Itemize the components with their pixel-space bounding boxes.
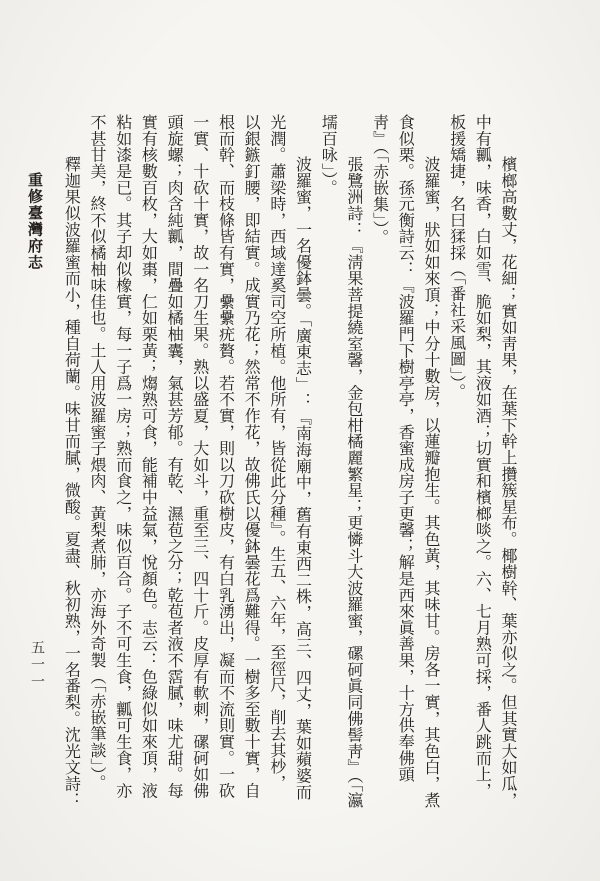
- text-column: 光潤。蕭梁時，西域達奚司空所植。他所有，皆從此分種』。生五、六年，至徑尺，削去其…: [263, 114, 289, 814]
- text-column: 板援矯捷，名曰猱採（「番社采風圖」）。: [443, 114, 469, 814]
- text-column: 釋迦果似波羅蜜而小，種自荷蘭。味甘而膩，微酸。夏盡、秋初熟，一名番梨。沈光文詩：: [58, 114, 84, 814]
- text-column: 實有核數百枚，大如棗，仁如栗黃；煼熟可食，能補中益氣，悅顏色。志云：色綠似如來頂…: [135, 114, 161, 814]
- text-column: 波羅蜜，一名優鉢曇。「廣東志」：『南海廟中，舊有東西二株，高三、四丈，葉如蘋婆而: [289, 114, 315, 814]
- text-column: 波羅蜜，狀如如來頂；中分十數房，以蓮瓣抱生。其色黃，其味甘。房各一實，其色白，煮: [417, 114, 443, 814]
- book-title-spine: 重修臺灣府志: [24, 172, 45, 271]
- text-column: 中有瓤，味香，白如雪、脆如梨，其液如酒；切實和檳榔啖之。六、七月熟可採，番人跳而…: [469, 114, 495, 814]
- book-page: 重修臺灣府志 五一一 檳榔高數丈，花細；實如靑果，在葉下幹上攢簇星布。椰樹幹、葉…: [0, 0, 600, 881]
- text-column: 壖百咏」）。: [315, 114, 341, 814]
- text-column: 靑』（「赤嵌集」）。: [366, 114, 392, 814]
- text-column: 不甚甘美，終不似橘柚味佳也。土人用波羅蜜子煨肉、黃梨煮肺，亦海外奇製（「赤嵌筆談…: [83, 114, 109, 814]
- text-column: 張鷺洲詩：『淸果菩提繞室馨，金包柑橘麗繁星；更憐斗大波羅蜜，磥砢眞同佛髻靑』（「…: [340, 114, 366, 814]
- page-number: 五一一: [26, 640, 46, 691]
- text-column: 食似栗。孫元衡詩云：『波羅門下樹亭亭，香蜜成房子更馨；解是西來眞善果，十方供奉佛…: [392, 114, 418, 814]
- text-column: 一實、十砍十實，故一名刀生果。熟以盛夏，大如斗，重至三、四十斤。皮厚有軟刺，磥砢…: [186, 114, 212, 814]
- text-column: 檳榔高數丈，花細；實如靑果，在葉下幹上攢簇星布。椰樹幹、葉亦似之。但其實大如瓜，: [494, 114, 520, 814]
- text-column: 根而幹、而枝條皆有實，纍纍疣贅。若不實，則以刀砍樹皮，有白乳湧出，凝而不流則實。…: [212, 114, 238, 814]
- text-column: 頭旋螺；肉含純瓤，間疊如橘柚囊，氣甚芳郁。有乾、濕苞之分；乾苞者液不霑膩，味尤甜…: [160, 114, 186, 814]
- text-column: 以銀鏃釘腰，即結實。成實乃花；然常不作花，故佛氏以優鉢曇花爲難得。一樹多至數十實…: [237, 114, 263, 814]
- text-block: 檳榔高數丈，花細；實如靑果，在葉下幹上攢簇星布。椰樹幹、葉亦似之。但其實大如瓜，…: [57, 114, 520, 814]
- text-column: 粘如漆是已。其子却似橡實，每一子爲一房；熟而食之，味似百合。子不可生食，瓤可生食…: [109, 114, 135, 814]
